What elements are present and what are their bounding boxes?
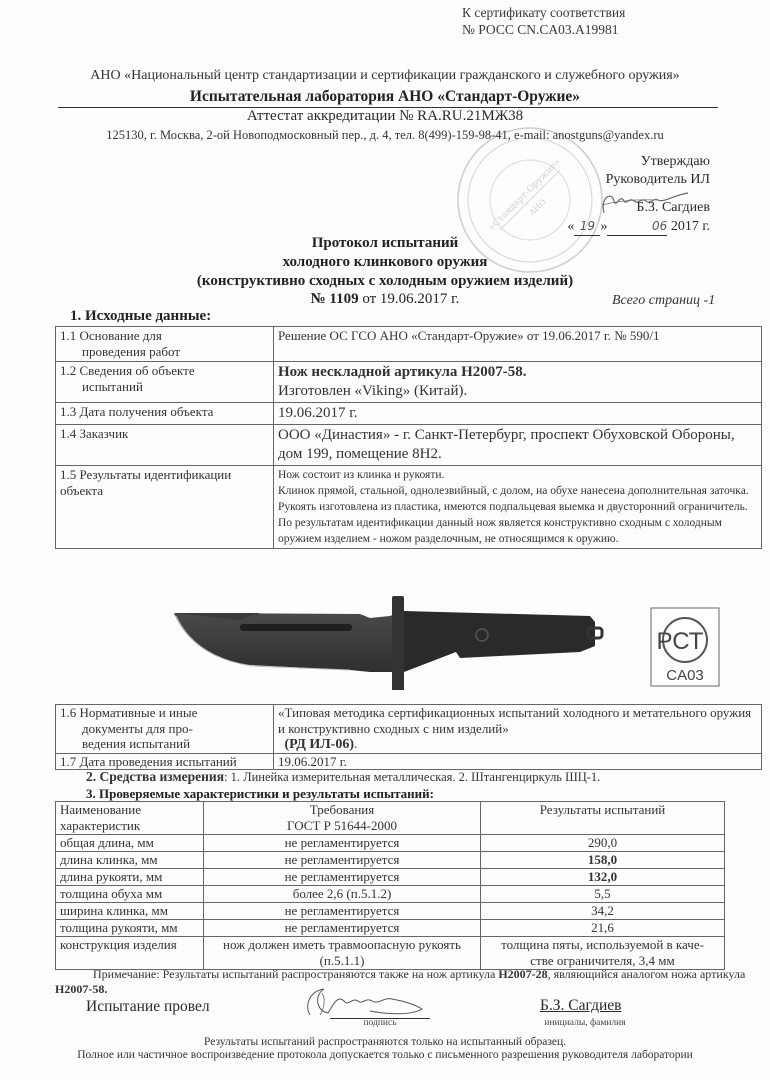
table-row: длина клинка, мм не регламентируется 158… [56,852,725,869]
table-row: конструкция изделия нож должен иметь тра… [56,937,725,970]
section3-heading: 3. Проверяемые характеристики и результа… [86,786,434,802]
approver-signature-icon [598,187,690,217]
section1-heading: 1. Исходные данные: [70,308,211,325]
object-manufacturer: Изготовлен «Viking» (Китай). [278,383,467,399]
section2-text: : 1. Линейка измерительная металлическая… [224,770,600,784]
approve-label: Утверждаю [560,153,710,171]
tester-signature-icon [300,985,430,1019]
table-row: общая длина, мм не регламентируется 290,… [56,835,725,852]
table-header-row: Наименованиехарактеристик ТребованияГОСТ… [56,802,725,835]
method-code: (РД ИЛ-06) [285,737,355,752]
svg-text:«Стандарт-Оружие»: «Стандарт-Оружие» [487,157,563,233]
signature-caption: подпись [330,1018,430,1028]
total-pages: Всего страниц -1 [612,293,715,309]
footer-line1: Результаты испытаний распространяются то… [0,1036,770,1048]
table-row: 1.4 Заказчик ООО «Династия» - г. Санкт-П… [56,425,762,466]
address-contacts: 125130, г. Москва, 2-ой Новоподмосковный… [0,128,770,143]
certificate-ref-line1: К сертификату соответствия [462,4,625,21]
table-row: 1.2 Сведения об объекте испытаний Нож не… [56,362,762,403]
table-row: толщина рукояти, мм не регламентируется … [56,920,725,937]
section2-measuring-tools: 2. Средства измерения: 1. Линейка измери… [86,769,600,785]
table-row: длина рукояти, мм не регламентируется 13… [56,869,725,886]
name-caption: инициалы, фамилия [535,1018,635,1028]
table-row: 1.5 Результаты идентификации объекта Нож… [56,466,762,549]
protocol-title: Протокол испытаний холодного клинкового … [0,234,770,291]
table-row: 1.6 Нормативные и иные документы для про… [56,705,762,754]
table-row: толщина обуха мм более 2,6 (п.5.1.2) 5,5 [56,886,725,903]
section1-table: 1.1 Основание для проведения работ Решен… [55,326,762,549]
section1-table-continued: 1.6 Нормативные и иные документы для про… [55,704,762,770]
results-table: Наименованиехарактеристик ТребованияГОСТ… [55,801,725,970]
svg-text:РСТ: РСТ [657,628,704,655]
approval-year: 2017 г. [671,219,710,234]
accreditation: Аттестат аккредитации № RA.RU.21МЖ38 [0,108,770,125]
tested-by-label: Испытание провел [86,998,210,1016]
table-row: 1.3 Дата получения объекта 19.06.2017 г. [56,403,762,425]
rst-certification-mark-icon: РСТ CA03 [650,607,720,687]
laboratory-name: Испытательная лаборатория АНО «Стандарт-… [0,88,770,106]
svg-text:CA03: CA03 [666,667,704,684]
certificate-reference: К сертификату соответствия № РОСС CN.CA0… [462,4,625,38]
organization-name: АНО «Национальный центр стандартизации и… [0,68,770,84]
footer-line2: Полное или частичное воспроизведение про… [0,1049,770,1061]
table-row: ширина клинка, мм не регламентируется 34… [56,903,725,920]
tester-name: Б.З. Сагдиев [540,997,621,1015]
table-row: 1.1 Основание для проведения работ Решен… [56,327,762,362]
section2-heading: 2. Средства измерения [86,769,224,784]
table-row: 1.7 Дата проведения испытаний 19.06.2017… [56,753,762,770]
object-article: Нож нескладной артикула Н2007-58. [278,364,527,380]
knife-photo [170,580,630,690]
certificate-ref-number: № РОСС CN.CA03.A19981 [462,21,625,38]
